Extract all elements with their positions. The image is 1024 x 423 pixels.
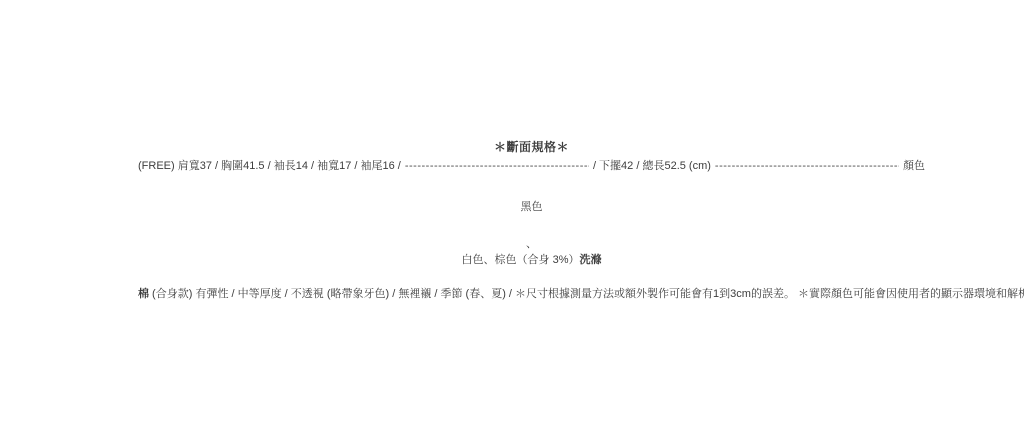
measurements-left: (FREE) 肩寬37 / 胸圍41.5 / 袖長14 / 袖寬17 / 袖尾1… xyxy=(138,159,401,173)
measurements-line: (FREE) 肩寬37 / 胸圍41.5 / 袖長14 / 袖寬17 / 袖尾1… xyxy=(138,159,925,173)
color-label: 顏色 xyxy=(903,159,925,173)
fabric-details-line: 棉 (合身款) 有彈性 / 中等厚度 / 不透視 (略帶象牙色) / 無裡襯 /… xyxy=(138,287,925,301)
fabric-details-text: (合身款) 有彈性 / 中等厚度 / 不透視 (略帶象牙色) / 無裡襯 / 季… xyxy=(149,288,1024,300)
product-spec-section: ＊斷面規格＊ (FREE) 肩寬37 / 胸圍41.5 / 袖長14 / 袖寬1… xyxy=(138,0,925,423)
color-separator: 、 xyxy=(138,237,925,251)
measurements-middle: / 下擺42 / 總長52.5 (cm) xyxy=(593,159,711,173)
color-option-black: 黑色 xyxy=(138,200,925,214)
washing-label: 洗滌 xyxy=(579,254,601,266)
section-title: ＊斷面規格＊ xyxy=(138,140,925,154)
fabric-material-label: 棉 xyxy=(138,288,149,300)
dash-divider: ----------------------------------------… xyxy=(405,159,589,173)
color-option-text: 白色、棕色（合身 3%） xyxy=(462,254,580,266)
color-option-white-brown: 白色、棕色（合身 3%）洗滌 xyxy=(138,253,925,267)
dash-divider: ----------------------------------------… xyxy=(715,159,899,173)
